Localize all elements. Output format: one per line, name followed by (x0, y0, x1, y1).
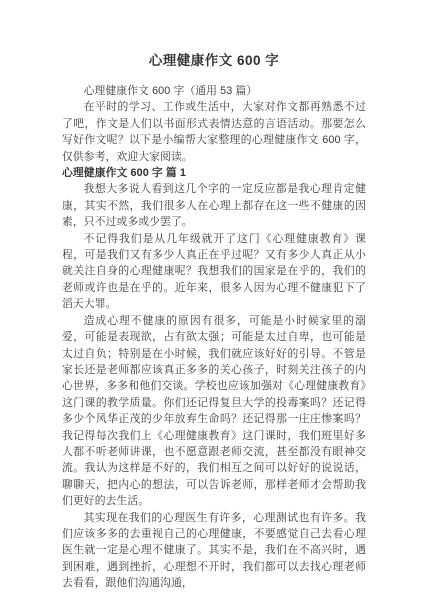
section-heading: 心理健康作文 600 字 篇 1 (62, 165, 366, 181)
intro-paragraph: 在平时的学习、工作或生活中，大家对作文都再熟悉不过了吧，作文是人们以书面形式表情… (62, 99, 366, 165)
document-body: 心理健康作文 600 字（通用 53 篇） 在平时的学习、工作或生活中，大家对作… (62, 83, 366, 592)
page-title: 心理健康作文 600 字 (62, 52, 366, 70)
subtitle: 心理健康作文 600 字（通用 53 篇） (62, 83, 366, 99)
document-page: 心理健康作文 600 字 心理健康作文 600 字（通用 53 篇） 在平时的学… (0, 0, 424, 600)
essay-paragraph-4: 其实现在我们的心理医生有许多，心理测试也有许多。我们应该多多的去重视自己的心理健… (62, 510, 366, 592)
essay-paragraph-3: 造成心理不健康的原因有很多，可能是小时候家里的溺爱，可能是表现欲，占有欲太强；可… (62, 313, 366, 510)
essay-paragraph-2: 不记得我们是从几年级就开了这门《心理健康教育》课程，可是我们又有多少人真正在乎过… (62, 231, 366, 313)
essay-paragraph-1: 我想大多说人看到这几个字的一定反应都是我心理肯定健康，其实不然，我们很多人在心理… (62, 181, 366, 230)
